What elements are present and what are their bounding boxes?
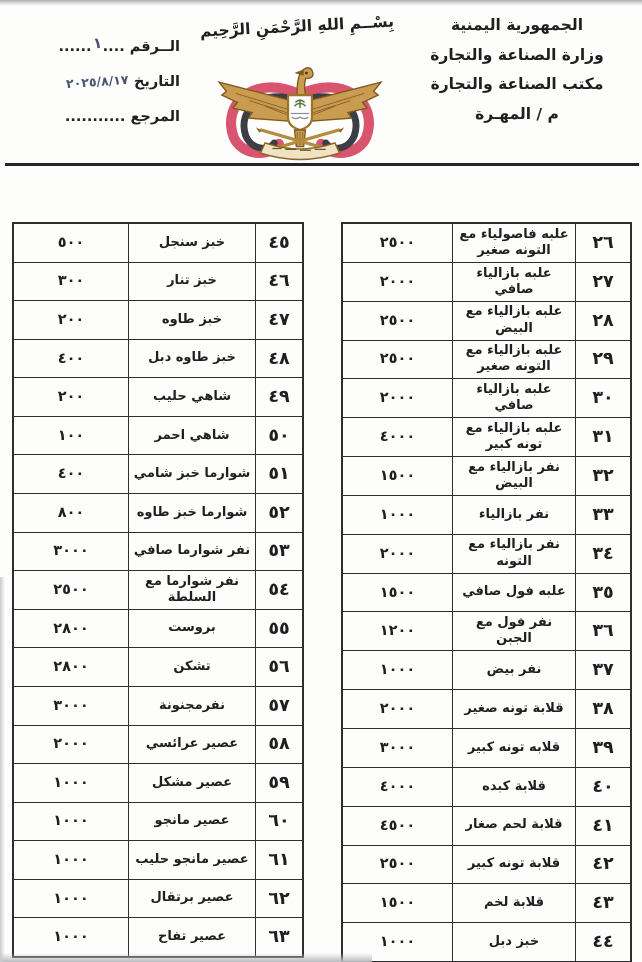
letterhead-line-ministry: وزارة الصناعة والتجارة <box>408 41 626 71</box>
row-number-cell: ٢٧ <box>576 263 630 301</box>
row-number-cell: ٤٨ <box>256 340 302 378</box>
table-row: ٦٢عصير برتقال١٠٠٠ <box>14 880 302 919</box>
price-cell: ٢٠٠٠ <box>343 690 453 728</box>
item-name-cell: قلابة لخم <box>453 884 576 922</box>
table-row: ٦١عصير مانجو حليب١٠٠٠ <box>14 841 302 880</box>
row-number-cell: ٥٩ <box>256 764 302 802</box>
header-divider-line <box>5 163 639 166</box>
item-name-cell: قلابة تونه كبير <box>453 846 576 884</box>
table-row: ٤٧خبز طاوه٢٠٠ <box>14 301 302 340</box>
item-name-cell: خبز دبل <box>453 923 576 961</box>
table-row: ٣٨قلابة تونه صغير٢٠٠٠ <box>343 690 630 729</box>
price-cell: ٨٠٠ <box>14 494 129 532</box>
price-cell: ٢٥٠٠ <box>14 571 129 609</box>
table-row: ٣٩قلابه تونه كبير٣٠٠٠ <box>343 729 630 768</box>
table-row: ٢٧علبه بازالياء صافي٢٠٠٠ <box>343 263 630 302</box>
price-cell: ٢٥٠٠ <box>343 224 453 262</box>
price-cell: ٢٠٠ <box>14 378 129 416</box>
table-row: ٢٨علبه بازالياء مع البيض٢٥٠٠ <box>343 302 630 341</box>
price-cell: ٢٨٠٠ <box>14 648 129 686</box>
row-number-cell: ٥٣ <box>256 533 302 571</box>
row-number-cell: ٤٧ <box>256 301 302 339</box>
row-number-cell: ٤٢ <box>576 846 630 884</box>
item-name-cell: نفر شوارما مع السلطة <box>129 571 256 609</box>
number-label: الــرقم <box>130 39 180 55</box>
row-number-cell: ٣٥ <box>576 574 630 612</box>
price-cell: ٢٥٠٠ <box>343 341 453 379</box>
price-cell: ٣٠٠٠ <box>14 533 129 571</box>
row-number-cell: ٤٩ <box>256 378 302 416</box>
price-cell: ٢٠٠ <box>14 301 129 339</box>
table-row: ٤٨خبز طاوه دبل٤٠٠ <box>14 340 302 379</box>
item-name-cell: نفر فول مع الجبن <box>453 612 576 650</box>
item-name-cell: نفر شوارما صافي <box>129 533 256 571</box>
row-number-cell: ٤٥ <box>256 224 302 262</box>
row-number-cell: ٥٨ <box>256 726 302 764</box>
number-handwritten-value: ١ <box>91 32 104 53</box>
item-name-cell: علبه بازالياء مع البيض <box>453 302 576 340</box>
row-number-cell: ٣٤ <box>576 535 630 573</box>
reference-label: المرجع <box>130 109 180 125</box>
price-cell: ٤٠٠ <box>14 340 129 378</box>
table-row: ٥٢شوارما خبز طاوه٨٠٠ <box>14 494 302 533</box>
item-name-cell: شوارما خبز طاوه <box>129 494 256 532</box>
table-row: ٣٣نفر بازالياء١٠٠٠ <box>343 496 630 535</box>
price-table-right: ٢٦علبه فاصولياء مع التونه صغير٢٥٠٠٢٧علبه… <box>341 222 632 962</box>
table-row: ٢٦علبه فاصولياء مع التونه صغير٢٥٠٠ <box>343 224 630 263</box>
document-meta-block: الــرقم ....١...... التاريخ ٢٠٢٥/٨/١٧ ال… <box>8 36 180 142</box>
bismillah-calligraphy: بِسْــمِ اللهِ الرَّحْمَنِ الرَّحِيم <box>222 13 395 40</box>
row-number-cell: ٤١ <box>576 807 630 845</box>
price-table-left: ٤٥خبز سنجل٥٠٠٤٦خبز تنار٣٠٠٤٧خبز طاوه٢٠٠٤… <box>12 222 304 958</box>
letterhead-line-office: مكتب الصناعة والتجارة <box>408 70 626 100</box>
table-row: ٤٤خبز دبل١٠٠٠ <box>343 923 630 961</box>
reference-dots: ........... <box>65 109 126 125</box>
item-name-cell: تشكن <box>129 648 256 686</box>
price-cell: ٢٥٠٠ <box>343 846 453 884</box>
table-row: ٥١شوارما خبز شامي٤٠٠ <box>14 455 302 494</box>
price-cell: ٢٠٠٠ <box>343 263 453 301</box>
item-name-cell: علبه بازالياء مع تونه كبير <box>453 418 576 456</box>
row-number-cell: ٥٠ <box>256 417 302 455</box>
price-cell: ٥٠٠ <box>14 224 129 262</box>
scanned-document-page: الجمهورية اليمنية وزارة الصناعة والتجارة… <box>0 0 642 962</box>
table-row: ٣٦نفر فول مع الجبن١٢٠٠ <box>343 612 630 651</box>
number-dots-2: ...... <box>58 39 91 55</box>
price-cell: ١٠٠٠ <box>14 803 129 841</box>
item-name-cell: بروست <box>129 610 256 648</box>
item-name-cell: عصير مشكل <box>129 764 256 802</box>
date-handwritten-value: ٢٠٢٥/٨/١٧ <box>66 70 130 94</box>
row-number-cell: ٥٦ <box>256 648 302 686</box>
item-name-cell: شاهي احمر <box>129 417 256 455</box>
price-cell: ٤٠٠ <box>14 455 129 493</box>
table-row: ٤٠قلابة كبده٤٠٠٠ <box>343 768 630 807</box>
table-row: ٣١علبه بازالياء مع تونه كبير٤٠٠٠ <box>343 418 630 457</box>
table-row: ٣٧نفر بيض١٠٠٠ <box>343 651 630 690</box>
table-row: ٥٣نفر شوارما صافي٣٠٠٠ <box>14 533 302 572</box>
scan-edge-left <box>0 577 5 962</box>
price-cell: ٤٥٠٠ <box>343 807 453 845</box>
row-number-cell: ٤٦ <box>256 263 302 301</box>
item-name-cell: عصير مانجو حليب <box>129 841 256 879</box>
table-row: ٥٠شاهي احمر١٠٠ <box>14 417 302 456</box>
item-name-cell: قلابة لحم صغار <box>453 807 576 845</box>
table-row: ٦٣عصير تفاح١٠٠٠ <box>14 918 302 956</box>
scan-edge-top <box>0 0 642 6</box>
table-row: ٤٩شاهي حليب٢٠٠ <box>14 378 302 417</box>
item-name-cell: عصير عرائسي <box>129 726 256 764</box>
row-number-cell: ٥١ <box>256 455 302 493</box>
price-cell: ١٥٠٠ <box>343 884 453 922</box>
item-name-cell: قلابة كبده <box>453 768 576 806</box>
yemen-coat-of-arms-icon <box>208 54 392 162</box>
date-label: التاريخ <box>134 74 180 90</box>
row-number-cell: ٦٣ <box>256 918 302 956</box>
table-row: ٥٨عصير عرائسي٢٠٠٠ <box>14 726 302 765</box>
price-cell: ١٥٠٠ <box>343 574 453 612</box>
price-cell: ٢٥٠٠ <box>343 302 453 340</box>
table-row: ٤٥خبز سنجل٥٠٠ <box>14 224 302 263</box>
item-name-cell: نفر بازالياء <box>453 496 576 534</box>
row-number-cell: ٣٣ <box>576 496 630 534</box>
item-name-cell: شاهي حليب <box>129 378 256 416</box>
row-number-cell: ٣٩ <box>576 729 630 767</box>
row-number-cell: ٥٢ <box>256 494 302 532</box>
item-name-cell: خبز تنار <box>129 263 256 301</box>
item-name-cell: نفر بيض <box>453 651 576 689</box>
item-name-cell: نفر بازالياء مع التونه <box>453 535 576 573</box>
row-number-cell: ٢٦ <box>576 224 630 262</box>
table-row: ٣٥علبه فول صافي١٥٠٠ <box>343 574 630 613</box>
price-cell: ١٠٠٠ <box>343 496 453 534</box>
table-row: ٣٢نفر بازالياء مع البيض١٥٠٠ <box>343 457 630 496</box>
price-cell: ٢٠٠٠ <box>343 379 453 417</box>
table-row: ٤٢قلابة تونه كبير٢٥٠٠ <box>343 846 630 885</box>
row-number-cell: ٣٠ <box>576 379 630 417</box>
row-number-cell: ٤٣ <box>576 884 630 922</box>
item-name-cell: عصير تفاح <box>129 918 256 956</box>
table-row: ٦٠عصير مانجو١٠٠٠ <box>14 803 302 842</box>
table-row: ٥٦تشكن٢٨٠٠ <box>14 648 302 687</box>
price-cell: ٣٠٠ <box>14 263 129 301</box>
price-cell: ١٠٠٠ <box>14 764 129 802</box>
item-name-cell: خبز طاوه <box>129 301 256 339</box>
row-number-cell: ٦٢ <box>256 880 302 918</box>
item-name-cell: علبه فاصولياء مع التونه صغير <box>453 224 576 262</box>
row-number-cell: ٤٠ <box>576 768 630 806</box>
item-name-cell: نفر بازالياء مع البيض <box>453 457 576 495</box>
letterhead-line-country: الجمهورية اليمنية <box>408 11 626 41</box>
price-cell: ٢٠٠٠ <box>14 726 129 764</box>
document-reference-field: المرجع ........... <box>8 107 180 127</box>
price-cell: ٤٠٠٠ <box>343 418 453 456</box>
price-cell: ١٢٠٠ <box>343 612 453 650</box>
row-number-cell: ٥٧ <box>256 687 302 725</box>
row-number-cell: ٣٦ <box>576 612 630 650</box>
price-cell: ٣٠٠٠ <box>14 687 129 725</box>
price-cell: ١٠٠ <box>14 417 129 455</box>
row-number-cell: ٣١ <box>576 418 630 456</box>
table-row: ٥٧نفرمجنونة٣٠٠٠ <box>14 687 302 726</box>
item-name-cell: شوارما خبز شامي <box>129 455 256 493</box>
row-number-cell: ٢٨ <box>576 302 630 340</box>
table-row: ٤١قلابة لحم صغار٤٥٠٠ <box>343 807 630 846</box>
table-row: ٥٤نفر شوارما مع السلطة٢٥٠٠ <box>14 571 302 610</box>
document-number-field: الــرقم ....١...... <box>8 36 180 57</box>
item-name-cell: علبه بازالياء صافي <box>453 263 576 301</box>
table-row: ٤٣قلابة لخم١٥٠٠ <box>343 884 630 923</box>
row-number-cell: ٣٨ <box>576 690 630 728</box>
row-number-cell: ٦٠ <box>256 803 302 841</box>
item-name-cell: عصير برتقال <box>129 880 256 918</box>
table-row: ٥٩عصير مشكل١٠٠٠ <box>14 764 302 803</box>
number-dots: .... <box>103 39 125 55</box>
row-number-cell: ٥٥ <box>256 610 302 648</box>
item-name-cell: علبه فول صافي <box>453 574 576 612</box>
price-cell: ١٠٠٠ <box>14 918 129 956</box>
price-cell: ١٠٠٠ <box>14 880 129 918</box>
table-row: ٤٦خبز تنار٣٠٠ <box>14 263 302 302</box>
item-name-cell: قلابه تونه كبير <box>453 729 576 767</box>
item-name-cell: عصير مانجو <box>129 803 256 841</box>
price-cell: ٢٠٠٠ <box>343 535 453 573</box>
letterhead-ministry-block: الجمهورية اليمنية وزارة الصناعة والتجارة… <box>408 11 626 129</box>
scan-edge-bottom <box>0 953 372 962</box>
row-number-cell: ٣٢ <box>576 457 630 495</box>
table-row: ٢٩علبه بازالياء مع التونه صغير٢٥٠٠ <box>343 341 630 380</box>
row-number-cell: ٤٤ <box>576 923 630 961</box>
document-date-field: التاريخ ٢٠٢٥/٨/١٧ <box>8 72 180 92</box>
row-number-cell: ٢٩ <box>576 341 630 379</box>
row-number-cell: ٦١ <box>256 841 302 879</box>
price-cell: ٢٨٠٠ <box>14 610 129 648</box>
price-cell: ١٠٠٠ <box>14 841 129 879</box>
table-row: ٥٥بروست٢٨٠٠ <box>14 610 302 649</box>
item-name-cell: علبه بازالياء مع التونه صغير <box>453 341 576 379</box>
price-cell: ١٥٠٠ <box>343 457 453 495</box>
item-name-cell: قلابة تونه صغير <box>453 690 576 728</box>
price-cell: ٤٠٠٠ <box>343 768 453 806</box>
item-name-cell: خبز طاوه دبل <box>129 340 256 378</box>
letterhead-line-governorate: م / المهـرة <box>408 100 626 130</box>
item-name-cell: نفرمجنونة <box>129 687 256 725</box>
price-cell: ٣٠٠٠ <box>343 729 453 767</box>
row-number-cell: ٣٧ <box>576 651 630 689</box>
item-name-cell: خبز سنجل <box>129 224 256 262</box>
table-row: ٣٤نفر بازالياء مع التونه٢٠٠٠ <box>343 535 630 574</box>
price-cell: ١٠٠٠ <box>343 651 453 689</box>
table-row: ٣٠علبه بازالياء صافي٢٠٠٠ <box>343 379 630 418</box>
row-number-cell: ٥٤ <box>256 571 302 609</box>
item-name-cell: علبه بازالياء صافي <box>453 379 576 417</box>
